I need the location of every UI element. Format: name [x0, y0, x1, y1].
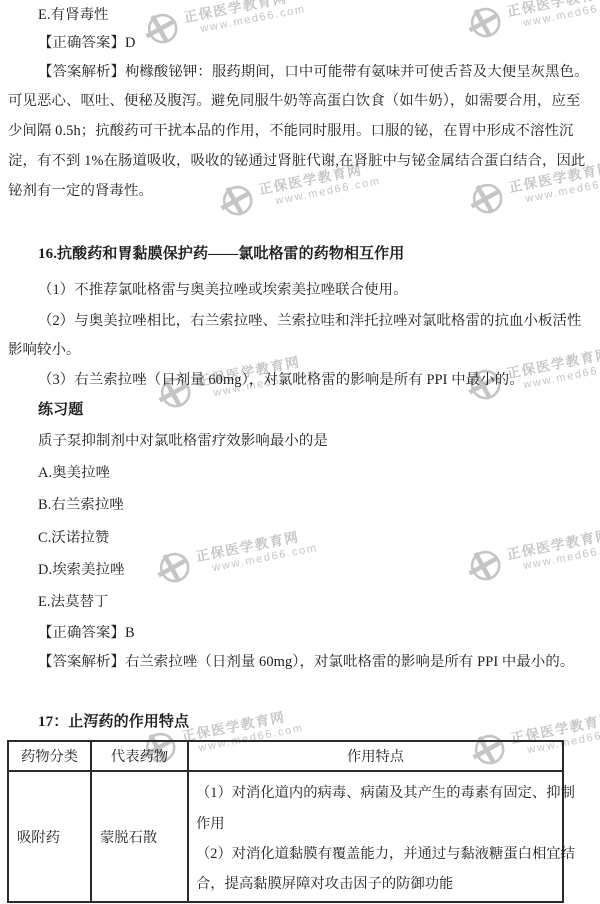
- correct-answer-q15: 【正确答案】D: [38, 34, 135, 52]
- table-header-category: 药物分类: [8, 741, 91, 771]
- table-header-row: 药物分类 代表药物 作用特点: [8, 741, 563, 771]
- antidiarrheal-drug-table: 药物分类 代表药物 作用特点 吸附药 蒙脱石散 （1）对消化道内的病毒、病菌及其…: [7, 740, 564, 903]
- cell-features: （1）对消化道内的病毒、病菌及其产生的毒素有固定、抑制作用（2）对消化道黏膜有覆…: [188, 771, 563, 902]
- cell-drug: 蒙脱石散: [91, 771, 188, 902]
- analysis-q16: 【答案解析】右兰索拉唑（日剂量 60mg），对氯吡格雷的影响是所有 PPI 中最…: [38, 653, 574, 671]
- analysis-q15-line-4: 淀，有不到 1%在肠道吸收，吸收的铋通过肾脏代谢,在肾脏中与铋金属结合蛋白结合，…: [8, 152, 585, 170]
- option-b: B.右兰索拉唑: [38, 496, 124, 514]
- document-page: 正保医学教育网www.med66.com正保医学教育网www.med66.com…: [0, 0, 600, 904]
- option-d: D.埃索美拉唑: [38, 561, 125, 579]
- analysis-q15-line-1: 【答案解析】枸橼酸铋钾：服药期间，口中可能带有氨味并可使舌苔及大便呈灰黑色。: [38, 63, 589, 81]
- section-17-heading: 17：止泻药的作用特点: [38, 713, 189, 731]
- point-1: （1）不推荐氯吡格雷与奥美拉唑或埃索美拉唑联合使用。: [38, 281, 408, 299]
- point-2-line-1: （2）与奥美拉唑相比，右兰索拉唑、兰索拉哇和泮托拉唑对氯吡格雷的抗血小板活性: [38, 312, 581, 330]
- feature-line: （1）对消化道内的病毒、病菌及其产生的毒素有固定、抑制: [196, 778, 558, 808]
- option-e: E.法莫替丁: [38, 593, 109, 611]
- option-a: A.奥美拉唑: [38, 464, 110, 482]
- section-16-heading: 16.抗酸药和胃黏膜保护药——氯吡格雷的药物相互作用: [38, 245, 404, 263]
- question-stem: 质子泵抑制剂中对氯吡格雷疗效影响最小的是: [38, 432, 328, 450]
- cell-category: 吸附药: [8, 771, 91, 902]
- practice-heading: 练习题: [38, 401, 83, 419]
- option-e-kidney-toxicity: E.有肾毒性: [38, 6, 109, 24]
- point-3: （3）右兰索拉唑（日剂量 60mg），对氯吡格雷的影响是所有 PPI 中最小的。: [38, 371, 524, 389]
- table: 药物分类 代表药物 作用特点 吸附药 蒙脱石散 （1）对消化道内的病毒、病菌及其…: [7, 740, 564, 903]
- point-2-line-2: 影响较小。: [8, 341, 80, 359]
- feature-line: 作用: [196, 809, 558, 839]
- analysis-q15-line-5: 铋剂有一定的肾毒性。: [8, 182, 153, 200]
- table-row: 吸附药 蒙脱石散 （1）对消化道内的病毒、病菌及其产生的毒素有固定、抑制作用（2…: [8, 771, 563, 902]
- feature-line: 合，提高黏膜屏障对攻击因子的防御功能: [196, 869, 558, 899]
- table-header-drug: 代表药物: [91, 741, 188, 771]
- table-header-features: 作用特点: [188, 741, 563, 771]
- analysis-q15-line-2: 可见恶心、呕吐、便秘及腹泻。避免同服牛奶等高蛋白饮食（如牛奶），如需要合用，应至: [8, 92, 580, 110]
- option-c: C.沃诺拉赞: [38, 529, 109, 547]
- correct-answer-q16: 【正确答案】B: [38, 624, 135, 642]
- feature-line: （2）对消化道黏膜有覆盖能力，并通过与黏液糖蛋白相宜结: [196, 839, 558, 869]
- analysis-q15-line-3: 少间隔 0.5h；抗酸药可干扰本品的作用，不能同时服用。口服的铋，在胃中形成不溶…: [8, 122, 573, 140]
